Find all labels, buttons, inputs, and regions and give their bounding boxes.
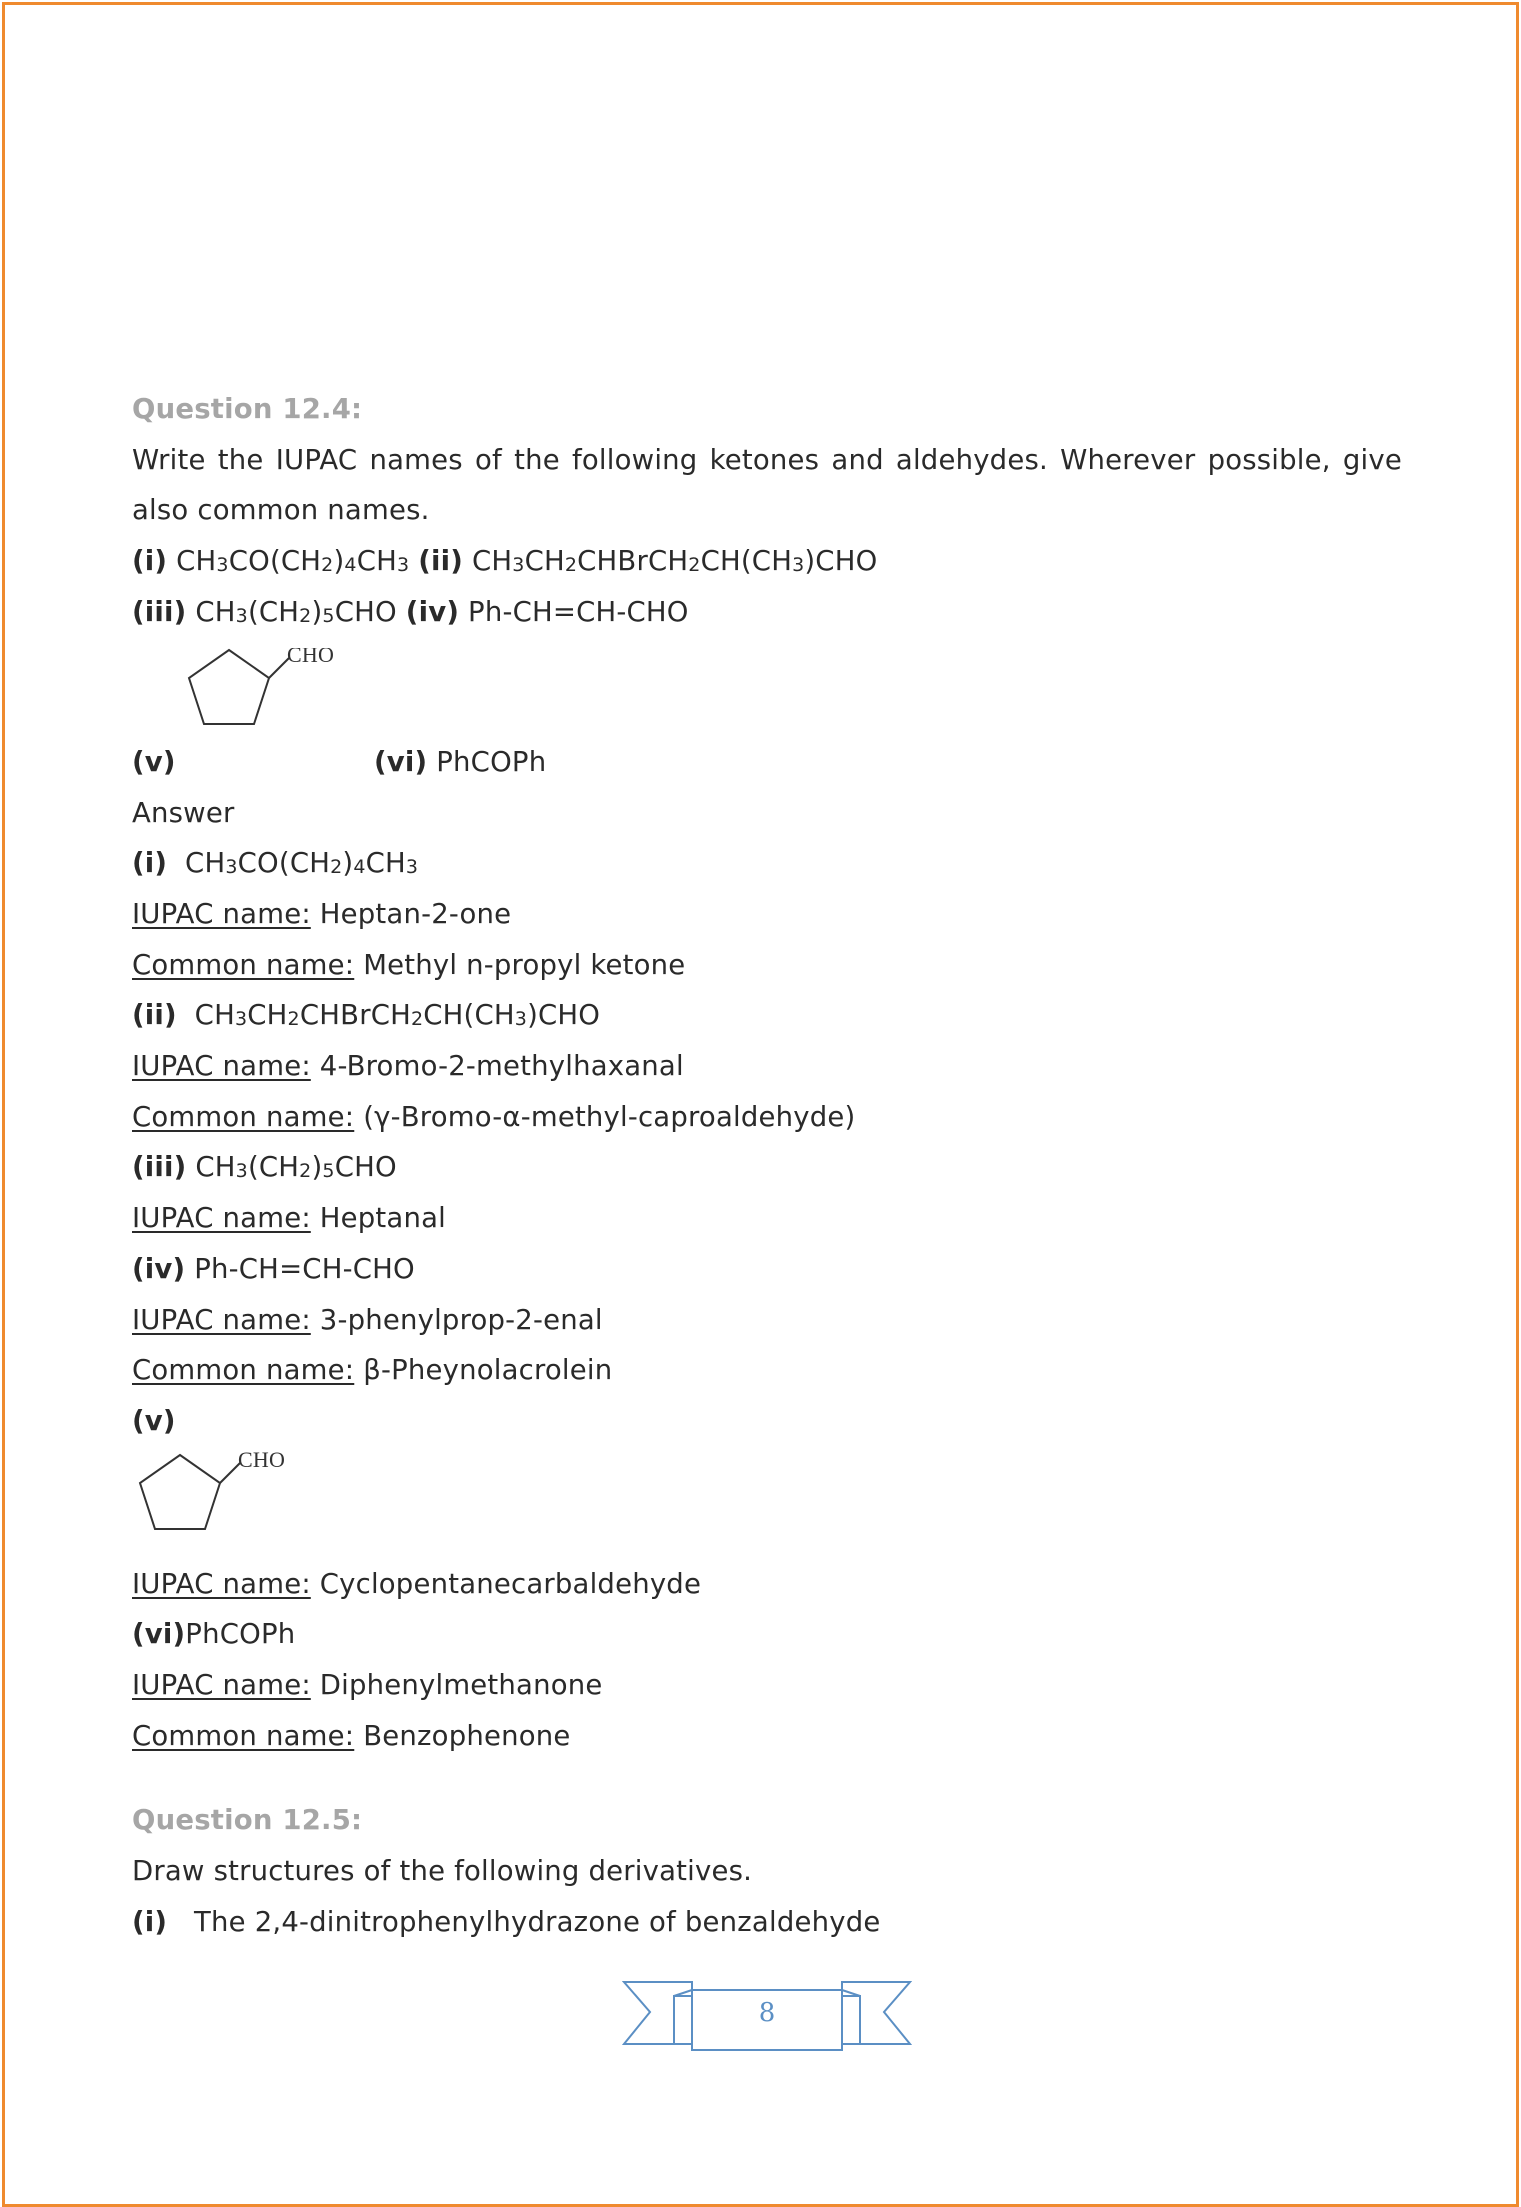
svg-text:CHO: CHO xyxy=(287,648,334,667)
answer-v-structure: CHO xyxy=(132,1447,1402,1559)
answer-heading: Answer xyxy=(132,788,1402,839)
item-label-i: (i) xyxy=(132,545,167,577)
document-body: Question 12.4: Write the IUPAC names of … xyxy=(132,384,1402,1948)
item-label-ii: (ii) xyxy=(418,545,463,577)
question-items-i-ii: (i) CH3CO(CH2)4CH3 (ii) CH3CH2CHBrCH2CH(… xyxy=(132,536,1402,587)
cyclopentanecarbaldehyde-structure-answer: CHO xyxy=(138,1441,328,1551)
question-12-4-prompt: Write the IUPAC names of the following k… xyxy=(132,435,1402,536)
answer-ii-iupac: IUPAC name: 4-Bromo-2-methylhaxanal xyxy=(132,1041,1402,1092)
formula-i: CH3CO(CH2)4CH3 xyxy=(176,545,409,577)
answer-v-label: (v) xyxy=(132,1396,1402,1447)
answer-iii-iupac: IUPAC name: Heptanal xyxy=(132,1193,1402,1244)
answer-i-iupac: IUPAC name: Heptan-2-one xyxy=(132,889,1402,940)
page-number-banner: 8 xyxy=(622,1972,912,2062)
question-12-5-item-i: (i) The 2,4-dinitrophenylhydrazone of be… xyxy=(132,1897,1402,1948)
answer-i-formula: (i) CH3CO(CH2)4CH3 xyxy=(132,838,1402,889)
answer-vi-formula: (vi)PhCOPh xyxy=(132,1609,1402,1660)
question-12-5-title: Question 12.5: xyxy=(132,1795,1402,1846)
svg-text:CHO: CHO xyxy=(238,1447,285,1472)
answer-vi-iupac: IUPAC name: Diphenylmethanone xyxy=(132,1660,1402,1711)
formula-iv: Ph-CH=CH-CHO xyxy=(468,596,689,628)
question-items-iii-iv: (iii) CH3(CH2)5CHO (iv) Ph-CH=CH-CHO xyxy=(132,587,1402,638)
answer-ii-formula: (ii) CH3CH2CHBrCH2CH(CH3)CHO xyxy=(132,990,1402,1041)
answer-iii-formula: (iii) CH3(CH2)5CHO xyxy=(132,1142,1402,1193)
item-label-v: (v) xyxy=(132,746,176,778)
page-number: 8 xyxy=(622,1998,912,2028)
answer-vi-common: Common name: Benzophenone xyxy=(132,1711,1402,1762)
item-label-vi: (vi) xyxy=(374,746,427,778)
item-label-iii: (iii) xyxy=(132,596,186,628)
formula-ii: CH3CH2CHBrCH2CH(CH3)CHO xyxy=(472,545,877,577)
answer-iv-formula: (iv) Ph-CH=CH-CHO xyxy=(132,1244,1402,1295)
formula-vi: PhCOPh xyxy=(436,746,546,778)
cyclopentanecarbaldehyde-structure: CHO xyxy=(187,648,377,758)
answer-ii-common: Common name: (γ-Bromo-α-methyl-caproalde… xyxy=(132,1092,1402,1143)
answer-iv-common: Common name: β-Pheynolacrolein xyxy=(132,1345,1402,1396)
answer-i-common: Common name: Methyl n-propyl ketone xyxy=(132,940,1402,991)
question-items-v-vi: CHO (v) (vi) PhCOPh xyxy=(132,638,1402,788)
answer-iv-iupac: IUPAC name: 3-phenylprop-2-enal xyxy=(132,1295,1402,1346)
question-12-4-title: Question 12.4: xyxy=(132,384,1402,435)
item-label-iv: (iv) xyxy=(406,596,459,628)
formula-iii: CH3(CH2)5CHO xyxy=(195,596,396,628)
answer-v-iupac: IUPAC name: Cyclopentanecarbaldehyde xyxy=(132,1559,1402,1610)
question-12-5-prompt: Draw structures of the following derivat… xyxy=(132,1846,1402,1897)
